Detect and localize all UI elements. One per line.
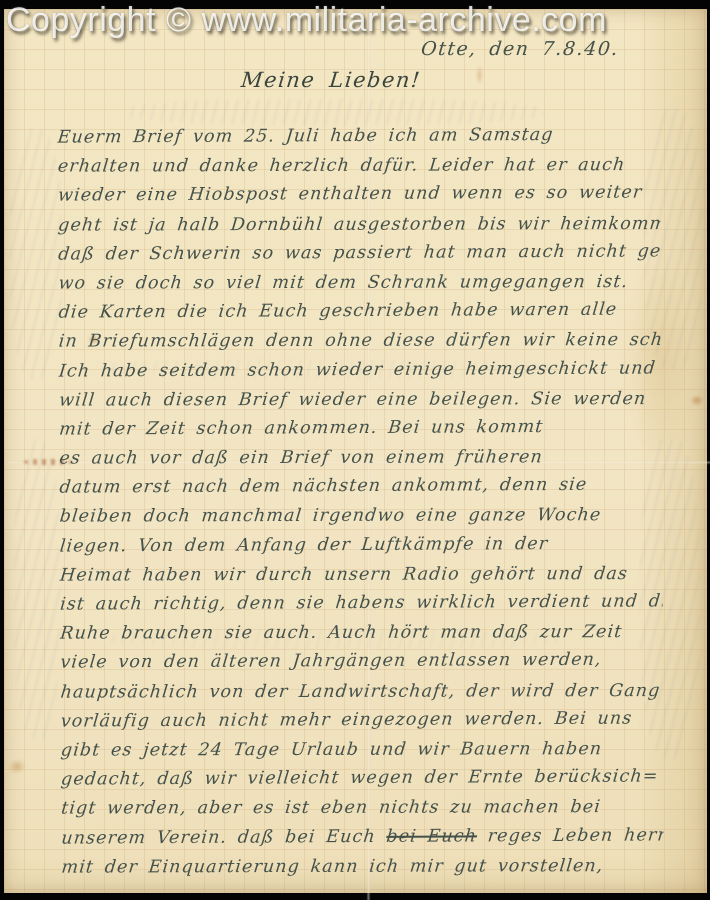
handwriting-line: Euerm Brief vom 25. Juli habe ich am Sam… <box>56 120 663 152</box>
handwriting-line: in Briefumschlägen denn ohne diese dürfe… <box>57 326 664 357</box>
handwriting-line: wo sie doch so viel mit dem Schrank umge… <box>57 268 664 299</box>
handwriting-line: gedacht, daß wir vielleicht wegen der Er… <box>60 763 664 795</box>
handwriting-line: geht ist ja halb Dornbühl ausgestorben b… <box>57 210 664 241</box>
bleed-through-texture <box>10 129 62 379</box>
struck-text: bei Euch <box>385 826 478 846</box>
handwriting-line: erhalten und danke herzlich dafür. Leide… <box>56 151 663 182</box>
scanned-letter-frame: Otte, den 7.8.40. Meine Lieben! Euerm Br… <box>0 0 710 900</box>
bleed-through-texture <box>14 439 60 739</box>
handwriting-line: mit der Zeit schon ankommen. Bei uns kom… <box>58 412 664 444</box>
handwriting-line: Ruhe brauchen sie auch. Auch hört man da… <box>59 618 664 649</box>
handwriting-line: es auch vor daß ein Brief von einem früh… <box>58 443 664 474</box>
handwriting-line: liegen. Von dem Anfang der Luftkämpfe in… <box>58 529 664 561</box>
handwriting-line: wieder eine Hiobspost enthalten und wenn… <box>56 179 663 211</box>
handwriting-line: viele von den älteren Jahrgängen entlass… <box>59 646 664 678</box>
salutation: Meine Lieben! <box>240 68 422 92</box>
handwriting-text: reges Leben herrscht <box>476 825 664 846</box>
handwriting-line: bleiben doch manchmal irgendwo eine ganz… <box>58 501 664 532</box>
handwriting-line: ist auch richtig, denn sie habens wirkli… <box>59 587 664 619</box>
handwriting-line: daß der Schwerin so was passiert hat man… <box>57 237 664 269</box>
stain-spot <box>476 65 483 85</box>
handwriting-line: hauptsächlich von der Landwirtschaft, de… <box>59 677 664 708</box>
handwriting-line: will auch diesen Brief wieder eine beile… <box>58 385 664 416</box>
stain-spot <box>8 759 26 774</box>
handwriting-line: gibt es jetzt 24 Tage Urlaub und wir Bau… <box>59 735 664 766</box>
letter-body: Euerm Brief vom 25. Juli habe ich am Sam… <box>56 120 664 885</box>
copyright-watermark: Copyright © www.militaria-archive.com <box>6 1 607 40</box>
handwriting-line: tigt werden, aber es ist eben nichts zu … <box>60 793 664 824</box>
handwriting-line: die Karten die ich Euch geschrieben habe… <box>57 296 664 328</box>
date-line: Otte, den 7.8.40. <box>420 38 620 60</box>
handwriting-line: datum erst nach dem nächsten ankommt, de… <box>58 471 664 503</box>
handwriting-line: Heimat haben wir durch unsern Radio gehö… <box>58 560 664 591</box>
handwriting-line: vorläufig auch nicht mehr eingezogen wer… <box>59 704 664 736</box>
handwriting-line: unserem Verein. daß bei Euch bei Euch re… <box>60 821 664 853</box>
handwriting-line: mit der Einquartierung kann ich mir gut … <box>60 852 664 883</box>
handwriting-line: Ich habe seitdem schon wieder einige hei… <box>57 354 664 386</box>
handwriting-text: unserem Verein. daß bei Euch <box>60 826 387 848</box>
